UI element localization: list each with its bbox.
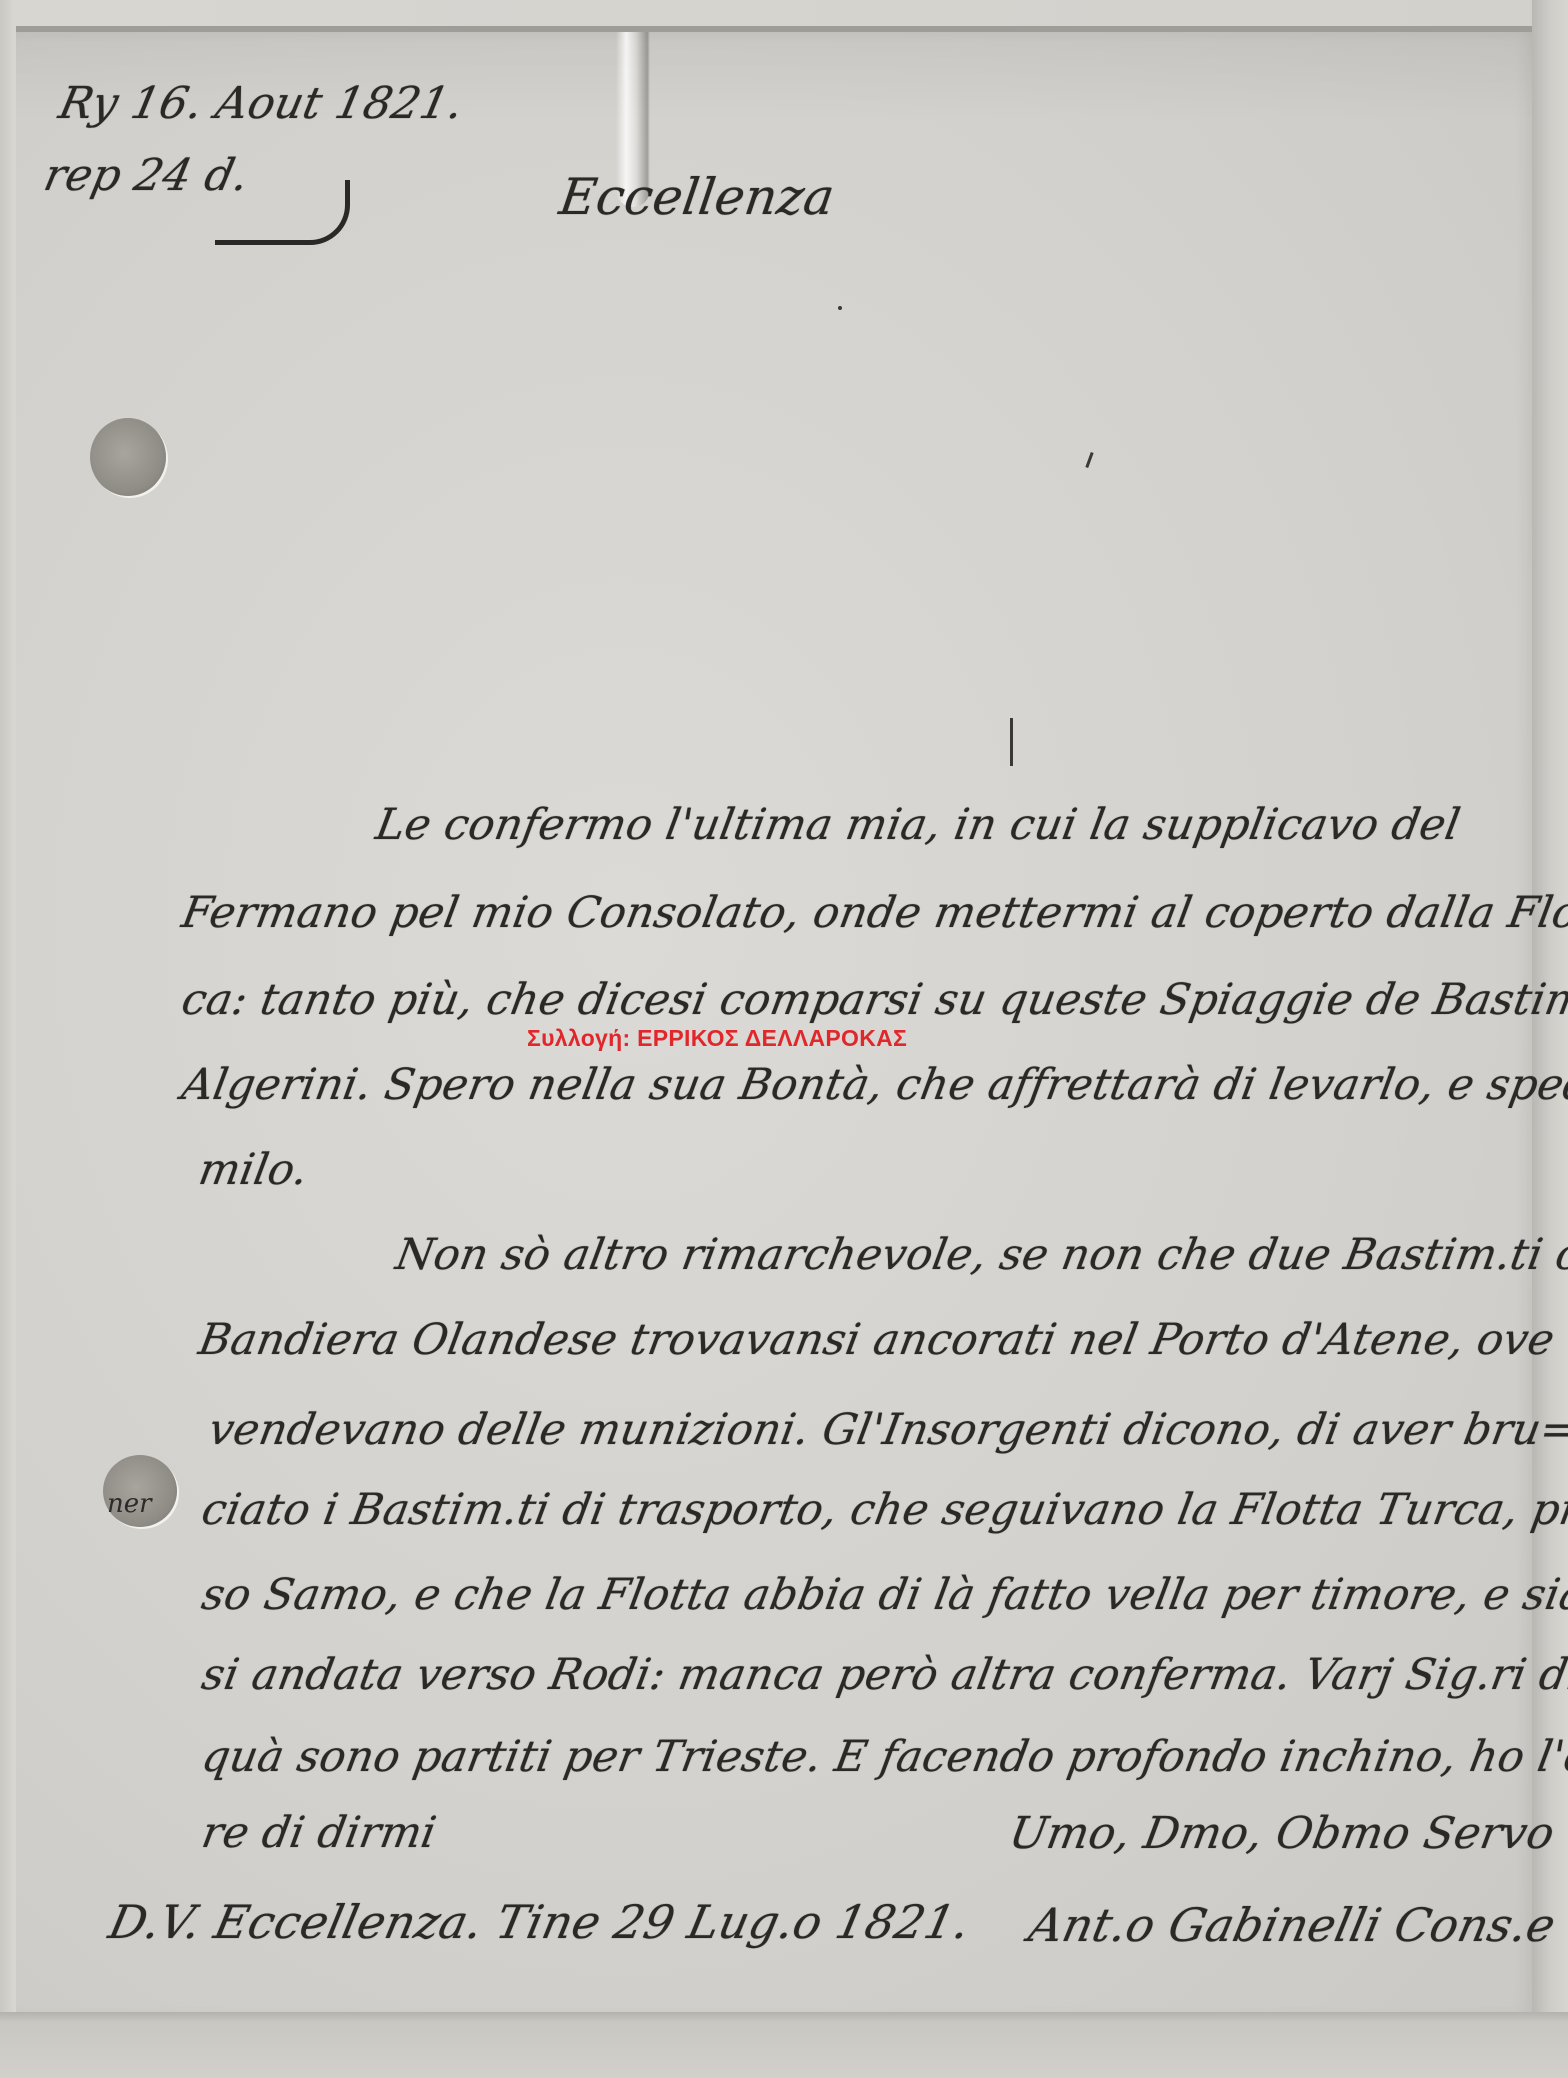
margin-note-received: Ry 16. Aout 1821. (55, 78, 469, 129)
paragraph-2-line: si andata verso Rodi: manca però altra c… (198, 1650, 1568, 1700)
paragraph-1-line: milo. (195, 1145, 312, 1195)
paragraph-2-line: quà sono partiti per Trieste. E facendo … (198, 1732, 1568, 1782)
hole-bleedthrough-text: ner (107, 1489, 152, 1519)
punch-hole-bottom: ner (103, 1455, 177, 1527)
paragraph-2-line: so Samo, e che la Flotta abbia di là fat… (198, 1570, 1568, 1620)
place-and-date: D.V. Eccellenza. Tine 29 Lug.o 1821. (104, 1895, 975, 1949)
paragraph-1-line: ca: tanto più, che dicesi comparsi su qu… (178, 975, 1568, 1025)
paragraph-2-line: re di dirmi (198, 1808, 440, 1858)
paragraph-2-line: vendevano delle munizioni. Gl'Insorgenti… (205, 1405, 1568, 1455)
signature: Ant.o Gabinelli Cons.e (1024, 1898, 1560, 1952)
bottom-page-edge (0, 2012, 1568, 2078)
paragraph-2-line: Bandiera Olandese trovavansi ancorati ne… (195, 1315, 1558, 1365)
margin-note-flourish (215, 180, 350, 245)
collection-watermark: Συλλογή: ΕΡΡΙΚΟΣ ΔΕΛΛΑΡΟΚΑΣ (527, 1025, 907, 1052)
paragraph-1-line: Le confermo l'ultima mia, in cui la supp… (372, 800, 1464, 850)
paragraph-1-line: Algerini. Spero nella sua Bontà, che aff… (178, 1060, 1568, 1110)
ink-mark (838, 306, 842, 310)
salutation: Eccellenza (556, 168, 838, 226)
closing-formula: Umo, Dmo, Obmo Servo (1006, 1808, 1559, 1859)
punch-hole-top (90, 418, 166, 496)
paragraph-2-line: Non sò altro rimarchevole, se non che du… (392, 1230, 1568, 1280)
paragraph-1-line: Fermano pel mio Consolato, onde mettermi… (178, 888, 1568, 938)
ink-mark (1010, 718, 1013, 766)
paragraph-2-line: ciato i Bastim.ti di trasporto, che segu… (198, 1485, 1568, 1535)
